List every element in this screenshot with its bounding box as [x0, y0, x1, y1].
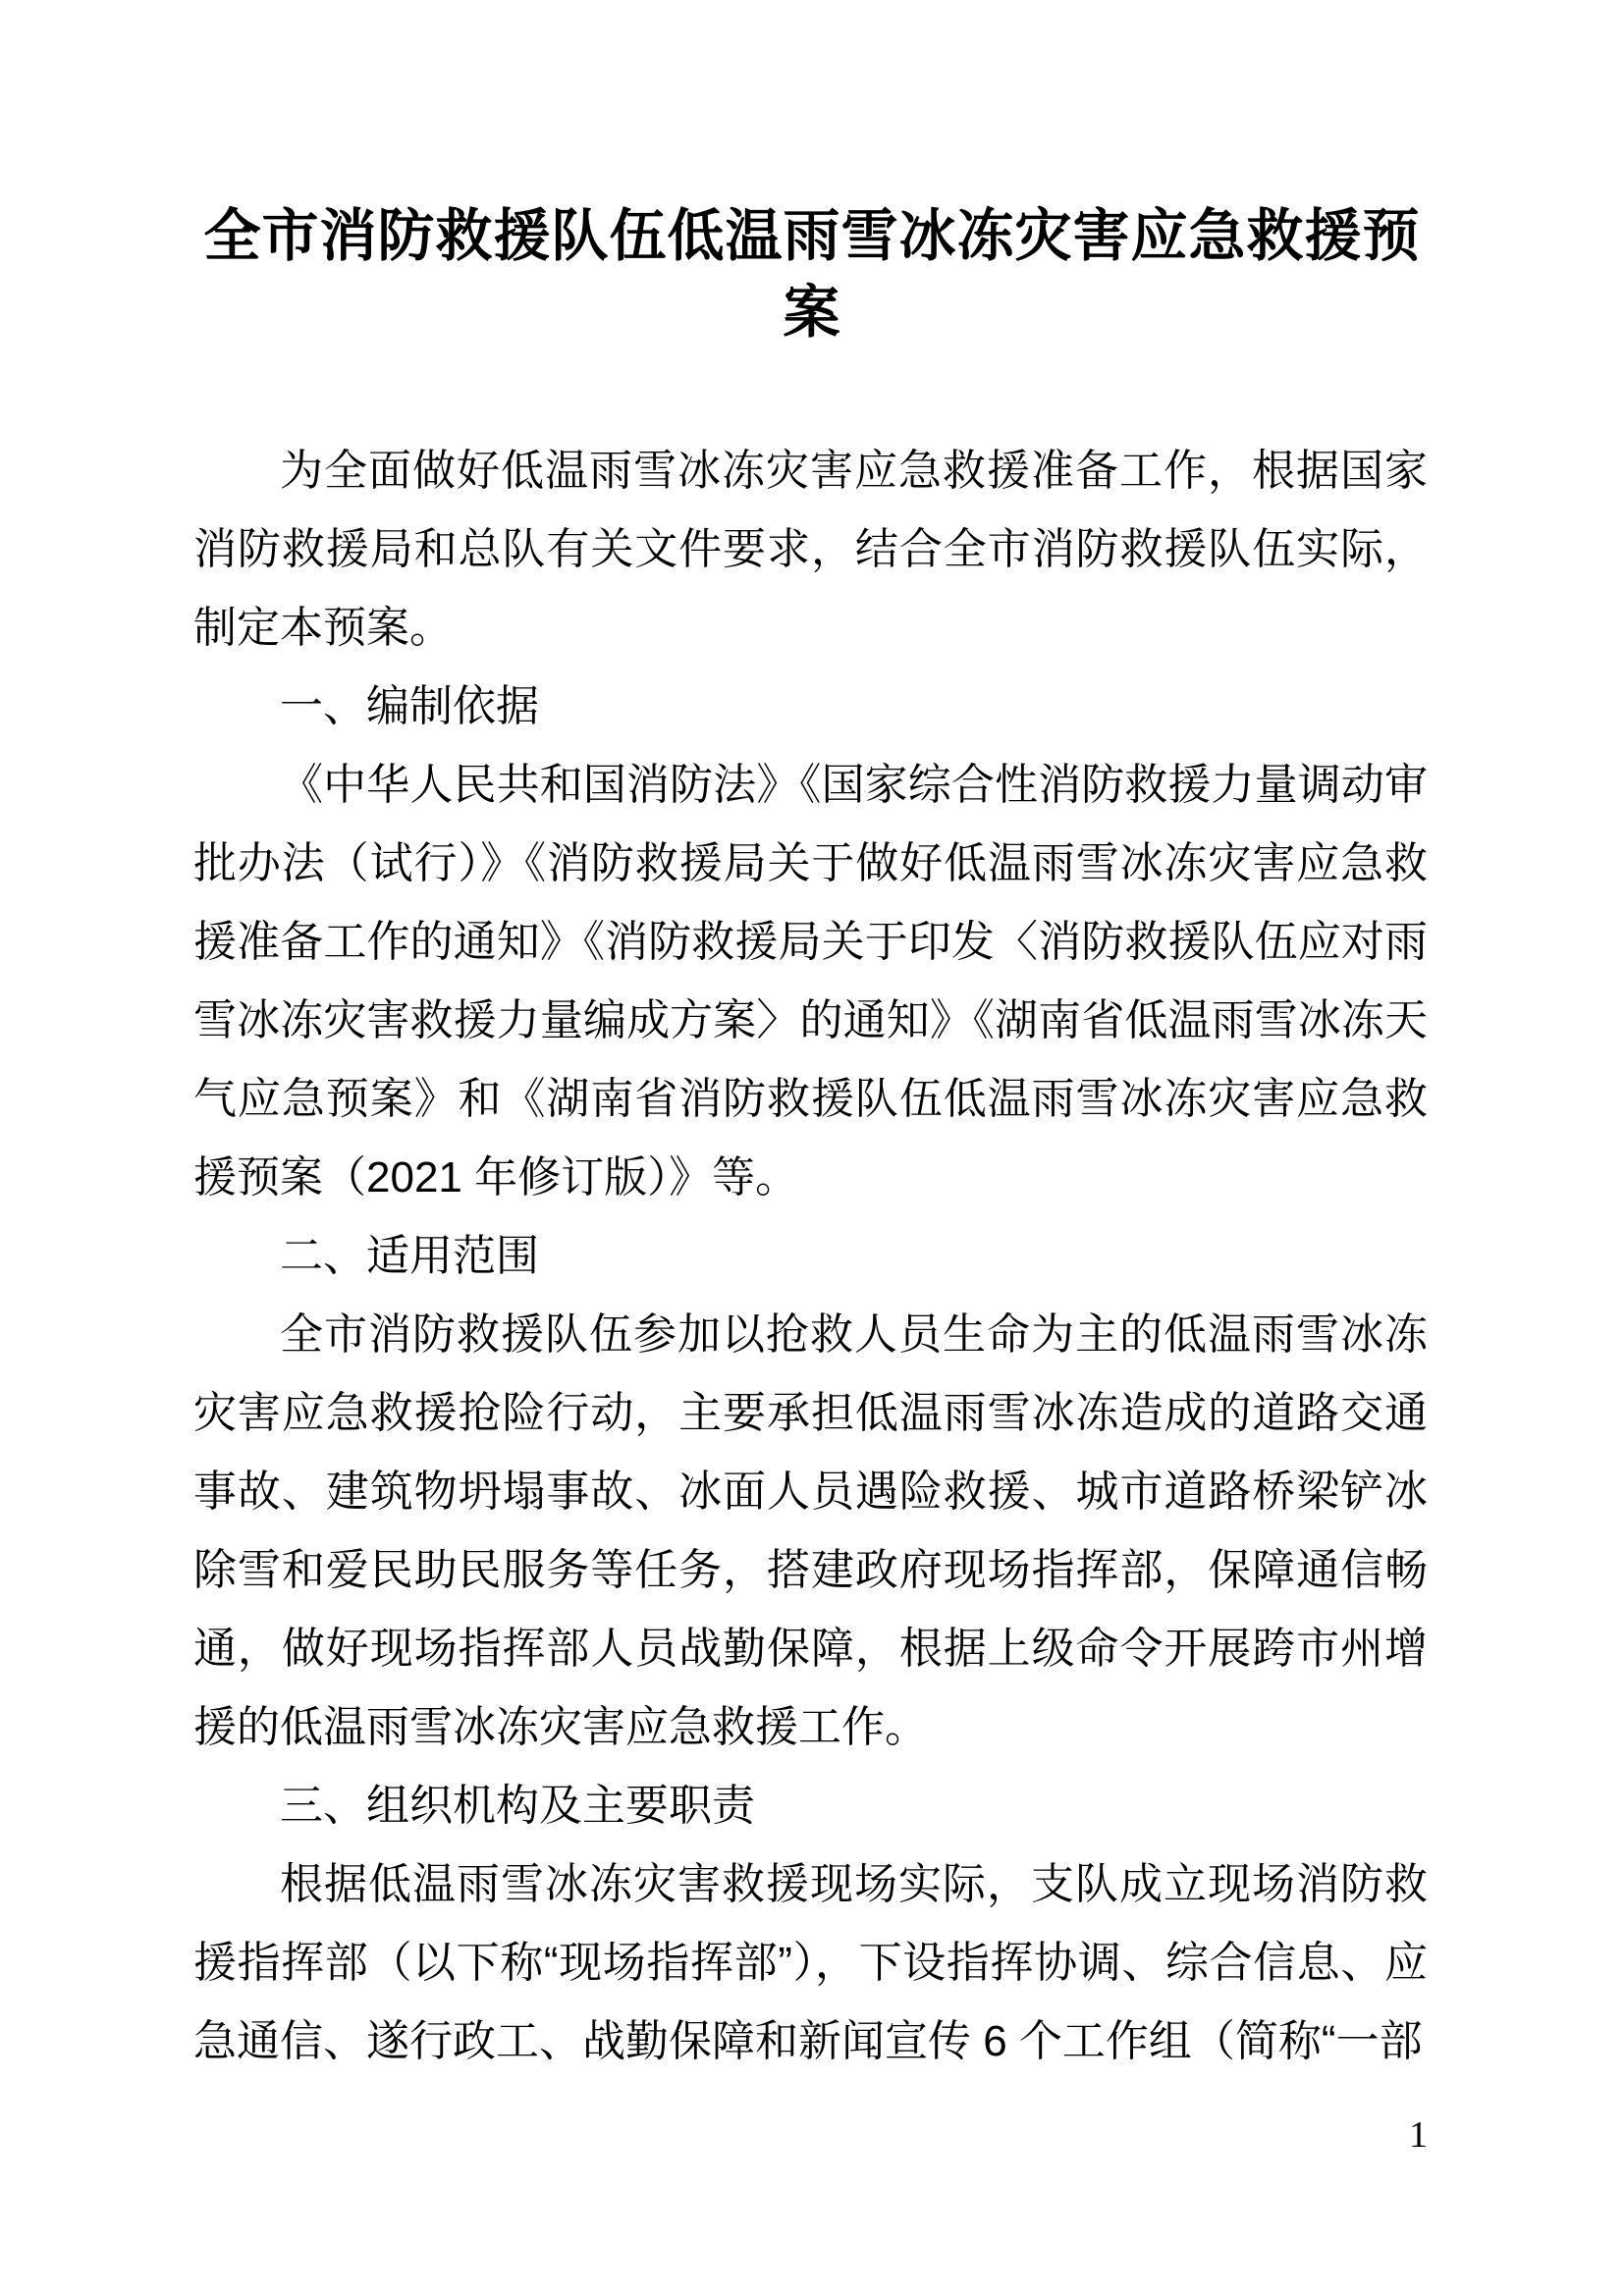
document-body: 为全面做好低温雨雪冰冻灾害应急救援准备工作，根据国家消防救援局和总队有关文件要求…: [193, 432, 1428, 2081]
section-heading: 一、编制依据: [193, 667, 1428, 746]
document-page: 全市消防救援队伍低温雨雪冰冻灾害应急救援预案 为全面做好低温雨雪冰冻灾害应急救援…: [0, 0, 1624, 2296]
body-paragraph: 根据低温雨雪冰冻灾害救援现场实际，支队成立现场消防救援指挥部（以下称“现场指挥部…: [193, 1845, 1428, 2081]
body-paragraph: 为全面做好低温雨雪冰冻灾害应急救援准备工作，根据国家消防救援局和总队有关文件要求…: [193, 432, 1428, 667]
document-title: 全市消防救援队伍低温雨雪冰冻灾害应急救援预案: [194, 198, 1430, 351]
section-heading: 三、组织机构及主要职责: [193, 1767, 1428, 1845]
section-heading: 二、适用范围: [193, 1217, 1428, 1296]
page-number: 1: [1409, 2112, 1428, 2158]
body-paragraph: 全市消防救援队伍参加以抢救人员生命为主的低温雨雪冰冻灾害应急救援抢险行动，主要承…: [193, 1296, 1428, 1767]
body-paragraph: 《中华人民共和国消防法》《国家综合性消防救援力量调动审批办法（试行）》《消防救援…: [193, 746, 1428, 1217]
